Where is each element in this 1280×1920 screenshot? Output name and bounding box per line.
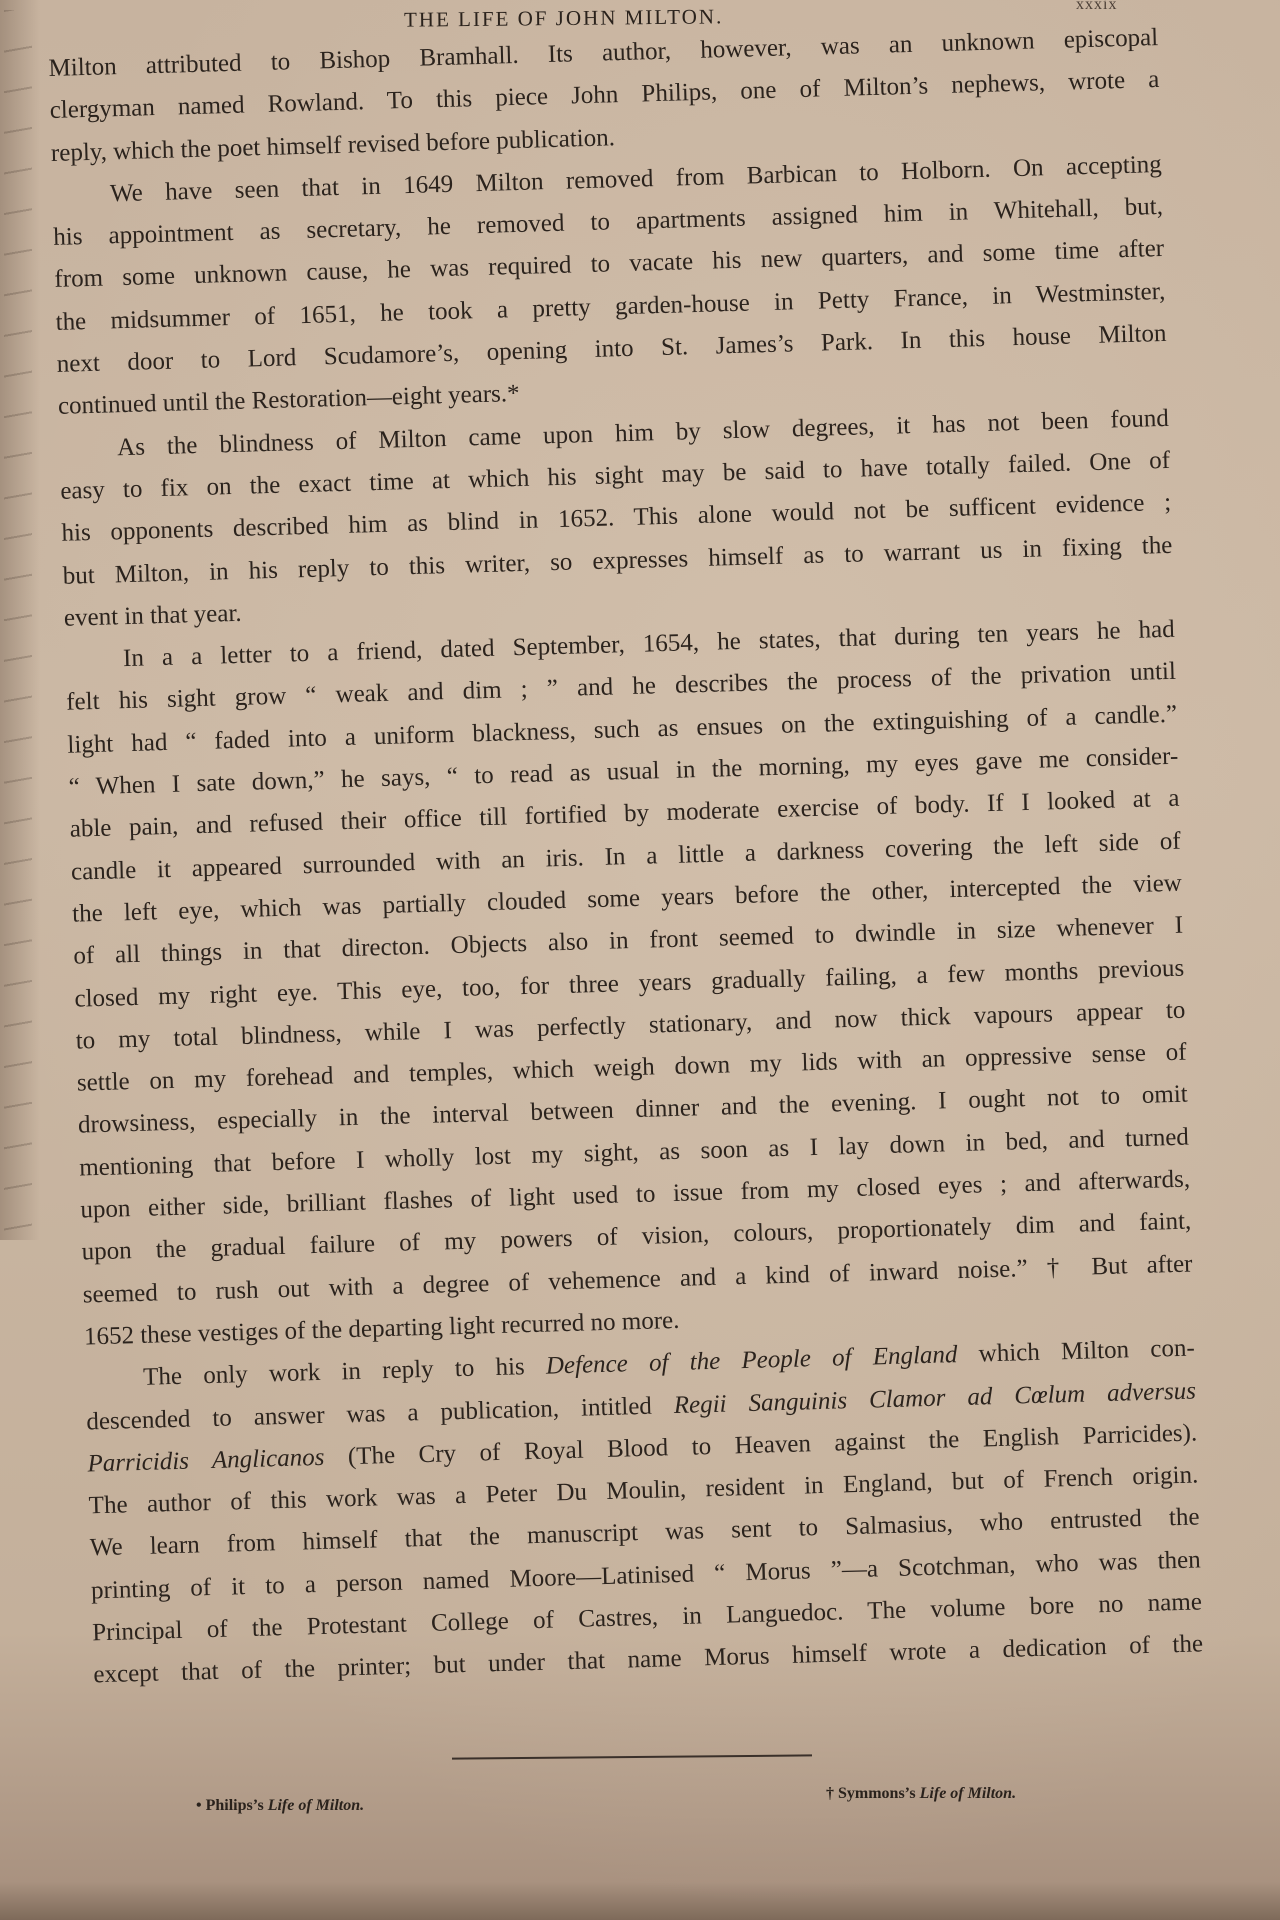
line-text: which Milton con-	[957, 1335, 1195, 1369]
footnote-rule	[452, 1754, 812, 1759]
book-page: THE LIFE OF JOHN MILTON. xxxix Milton at…	[0, 0, 1280, 1920]
footnote-title: Life of Milton.	[268, 1797, 364, 1814]
body-text: Milton attributed to Bishop Bramhall. It…	[48, 16, 1254, 1697]
line-text: The only work in reply to his	[143, 1353, 547, 1391]
italic-title: Defence of the People of England	[546, 1341, 958, 1379]
facing-page-edge	[0, 0, 40, 1240]
footnote-text: Symmons’s	[834, 1785, 920, 1802]
footnote-symmons: † Symmons’s Life of Milton.	[826, 1785, 1016, 1803]
footnote-text: Philips’s	[202, 1797, 268, 1814]
page-number: xxxix	[1076, 0, 1117, 14]
footnote-title: Life of Milton.	[920, 1785, 1016, 1802]
footnote-marker: †	[826, 1785, 834, 1802]
line-text: descended to answer was a publication, i…	[86, 1392, 674, 1435]
footnote-philips: • Philips’s Life of Milton.	[196, 1797, 364, 1815]
running-title: THE LIFE OF JOHN MILTON.	[404, 4, 724, 32]
facing-page-text-bleed	[4, 10, 32, 1240]
italic-title: Parricidis Anglicanos	[87, 1444, 325, 1478]
italic-title: Regii Sanguinis Clamor ad Cœlum adversus	[673, 1377, 1196, 1419]
body-lines: Milton attributed to Bishop Bramhall. It…	[48, 16, 1244, 1359]
